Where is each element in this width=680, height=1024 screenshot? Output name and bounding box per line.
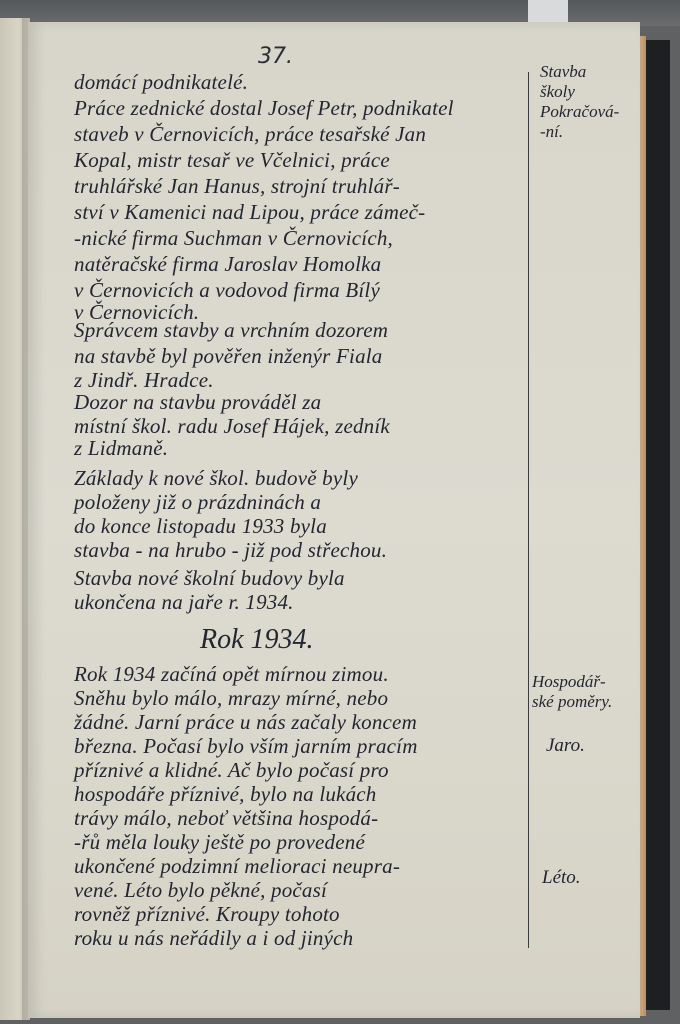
text-line: Rok 1934 začíná opět mírnou zimou.: [74, 662, 389, 687]
text-line: hospodáře příznivé, bylo na lukách: [74, 782, 377, 807]
text-line: ství v Kamenici nad Lipou, práce zámeč-: [74, 200, 425, 225]
text-line: do konce listopadu 1933 byla: [74, 514, 327, 539]
text-line: z Lidmaně.: [74, 436, 168, 461]
text-line: -nické firma Suchman v Černovicích,: [74, 226, 393, 251]
text-line: staveb v Černovicích, práce tesařské Jan: [74, 122, 426, 147]
text-line: Dozor na stavbu prováděl za: [74, 390, 321, 415]
text-line: vené. Léto bylo pěkné, počasí: [74, 878, 327, 903]
text-line: ukončena na jaře r. 1934.: [74, 590, 294, 615]
text-line: roku u nás neřádily a i od jiných: [74, 926, 353, 951]
text-line: rovněž příznivé. Kroupy tohoto: [74, 902, 340, 927]
text-line: Kopal, mistr tesař ve Včelnici, práce: [74, 148, 390, 173]
text-line: trávy málo, neboť většina hospodá-: [74, 806, 378, 831]
text-line: domácí podnikatelé.: [74, 70, 248, 95]
margin-note-summer: Léto.: [542, 868, 581, 888]
text-line: natěračské firma Jaroslav Homolka: [74, 252, 381, 277]
text-line: na stavbě byl pověřen inženýr Fiala: [74, 344, 383, 369]
text-line: příznivé a klidné. Ač bylo počasí pro: [74, 758, 389, 783]
text-line: Správcem stavby a vrchním dozorem: [74, 318, 388, 343]
text-line: Práce zednické dostal Josef Petr, podnik…: [74, 96, 454, 121]
text-line: ukončené podzimní melioraci neupra-: [74, 854, 400, 879]
text-line: žádné. Jarní práce u nás začaly koncem: [74, 710, 417, 735]
text-line: stavba - na hrubo - již pod střechou.: [74, 538, 387, 563]
text-line: položeny již o prázdninách a: [74, 490, 321, 515]
margin-note-construction: Stavba školy Pokračová- -ní.: [540, 62, 619, 142]
text-line: Sněhu bylo málo, mrazy mírné, nebo: [74, 686, 388, 711]
text-line: Stavba nové školní budovy byla: [74, 566, 345, 591]
year-heading: Rok 1934.: [200, 624, 314, 656]
page-number: 37.: [258, 44, 293, 69]
paper-tab-marker: [528, 0, 568, 22]
margin-note-spring: Jaro.: [546, 736, 585, 756]
margin-note-economy: Hospodář- ské poměry.: [532, 672, 612, 712]
text-line: truhlářské Jan Hanus, strojní truhlář-: [74, 174, 400, 199]
text-line: března. Počasí bylo vším jarním pracím: [74, 734, 418, 759]
book-cover: [646, 40, 670, 1010]
text-line: -řů měla louky ještě po provedené: [74, 830, 365, 855]
margin-rule: [528, 72, 529, 948]
text-line: Základy k nové škol. budově byly: [74, 466, 358, 491]
